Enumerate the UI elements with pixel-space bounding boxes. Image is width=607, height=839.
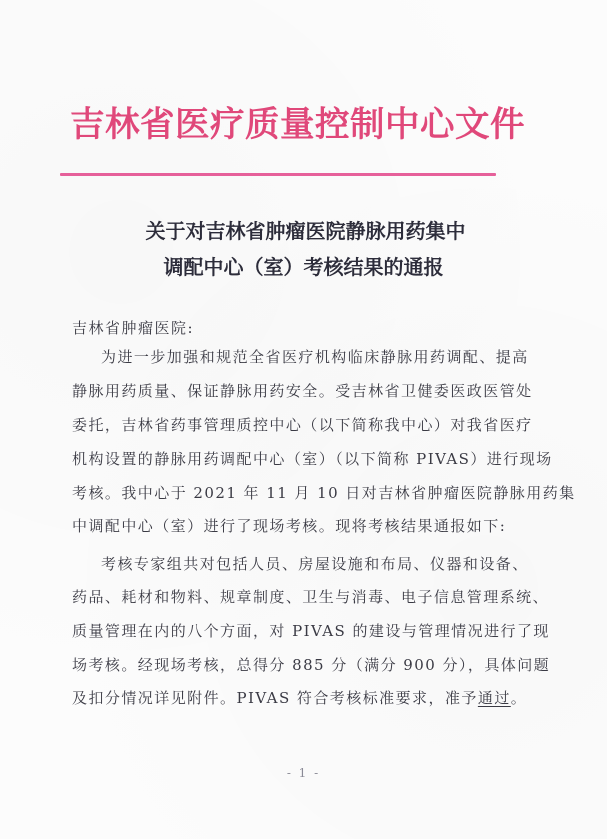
paragraph-1-line: 委托，吉林省药事管理质控中心（以下简称我中心）对我省医疗 <box>72 418 533 433</box>
paragraph-2-last-line: 及扣分情况详见附件。PIVAS 符合考核标准要求，准予通过。 <box>72 691 527 706</box>
header-red-rule <box>60 173 496 176</box>
page-number: - 1 - <box>0 766 607 780</box>
paragraph-1-line: 机构设置的静脉用药调配中心（室）（以下简称 PIVAS）进行现场 <box>72 452 553 467</box>
paragraph-2-line: 质量管理在内的八个方面，对 PIVAS 的建设与管理情况进行了现 <box>72 624 550 639</box>
document-page: 吉林省医疗质量控制中心文件 关于对吉林省肿瘤医院静脉用药集中 调配中心（室）考核… <box>0 0 607 839</box>
org-header-title: 吉林省医疗质量控制中心文件 <box>70 108 510 143</box>
paragraph-2-last-suffix: 。 <box>511 689 527 707</box>
paragraph-2-line: 药品、耗材和物料、规章制度、卫生与消毒、电子信息管理系统、 <box>72 590 549 605</box>
paragraph-2-line: 场考核。经现场考核，总得分 885 分（满分 900 分），具体问题 <box>72 658 550 673</box>
document-title-line-1: 关于对吉林省肿瘤医院静脉用药集中 <box>0 221 607 241</box>
paragraph-2-last-prefix: 及扣分情况详见附件。PIVAS 符合考核标准要求，准予 <box>72 689 478 707</box>
paragraph-1-line: 静脉用药质量、保证静脉用药安全。受吉林省卫健委医政医管处 <box>72 384 533 399</box>
approval-result-underlined: 通过 <box>478 689 511 707</box>
paragraph-2-line: 考核专家组共对包括人员、房屋设施和布局、仪器和设备、 <box>101 557 529 572</box>
paragraph-1-line: 为进一步加强和规范全省医疗机构临床静脉用药调配、提高 <box>101 350 529 365</box>
salutation: 吉林省肿瘤医院: <box>72 317 194 338</box>
paragraph-1-line: 中调配中心（室）进行了现场考核。现将考核结果通报如下: <box>72 519 506 534</box>
document-title-line-2: 调配中心（室）考核结果的通报 <box>0 257 607 277</box>
paragraph-1-line: 考核。我中心于 2021 年 11 月 10 日对吉林省肿瘤医院静脉用药集 <box>72 486 576 501</box>
